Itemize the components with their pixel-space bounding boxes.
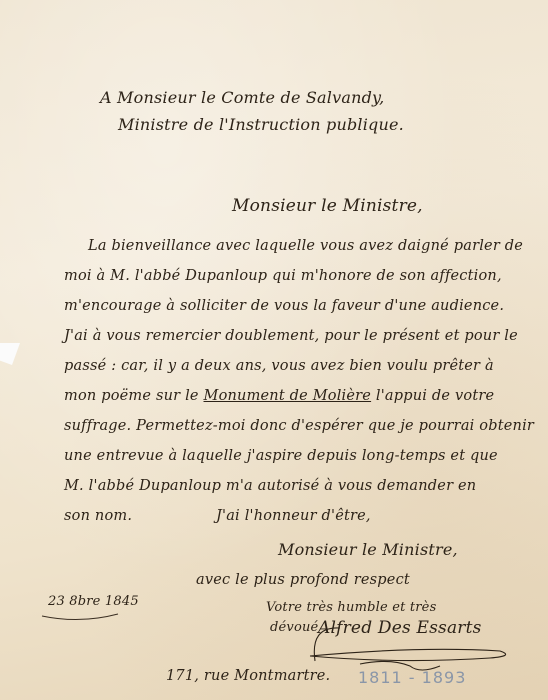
body-line-7: suffrage. Permettez-moi donc d'espérer q…	[64, 418, 534, 434]
body-line-4: J'ai à vous remercier doublement, pour l…	[64, 328, 518, 344]
body-text: l'appui de votre	[376, 388, 494, 404]
body-line-10: son nom.	[64, 508, 132, 524]
salutation: Monsieur le Ministre,	[232, 196, 423, 216]
pencil-annotation: 1811 - 1893	[358, 668, 466, 687]
closing-line-1: J'ai l'honneur d'être,	[216, 508, 371, 524]
addressee-line-2: Ministre de l'Instruction publique.	[118, 115, 404, 134]
body-line-6: mon poëme sur le Monument de Molière l'a…	[64, 388, 494, 404]
underlined-title: Monument de Molière	[204, 388, 372, 404]
letter-date: 23 8bre 1845	[48, 594, 139, 609]
signature: Alfred Des Essarts	[318, 618, 482, 638]
closing-line-2: Monsieur le Ministre,	[278, 540, 458, 559]
body-line-2: moi à M. l'abbé Dupanloup qui m'honore d…	[64, 268, 502, 284]
torn-edge	[0, 343, 20, 365]
closing-line-3: avec le plus profond respect	[196, 572, 410, 588]
body-line-8: une entrevue à laquelle j'aspire depuis …	[64, 448, 498, 464]
body-line-3: m'encourage à solliciter de vous la fave…	[64, 298, 504, 314]
closing-line-4: Votre très humble et très	[266, 600, 436, 615]
body-line-5: passé : car, il y a deux ans, vous avez …	[64, 358, 494, 374]
closing-line-5: dévoué	[270, 620, 318, 635]
signature-flourish	[300, 606, 520, 676]
date-underline-flourish	[40, 612, 120, 624]
letter-page: A Monsieur le Comte de Salvandy, Ministr…	[0, 0, 548, 700]
body-line-9: M. l'abbé Dupanloup m'a autorisé à vous …	[64, 478, 476, 494]
body-line-1: La bienveillance avec laquelle vous avez…	[88, 238, 523, 254]
addressee-line-1: A Monsieur le Comte de Salvandy,	[100, 88, 384, 107]
sender-address: 171, rue Montmartre.	[166, 668, 330, 684]
body-text: mon poëme sur le	[64, 388, 199, 404]
